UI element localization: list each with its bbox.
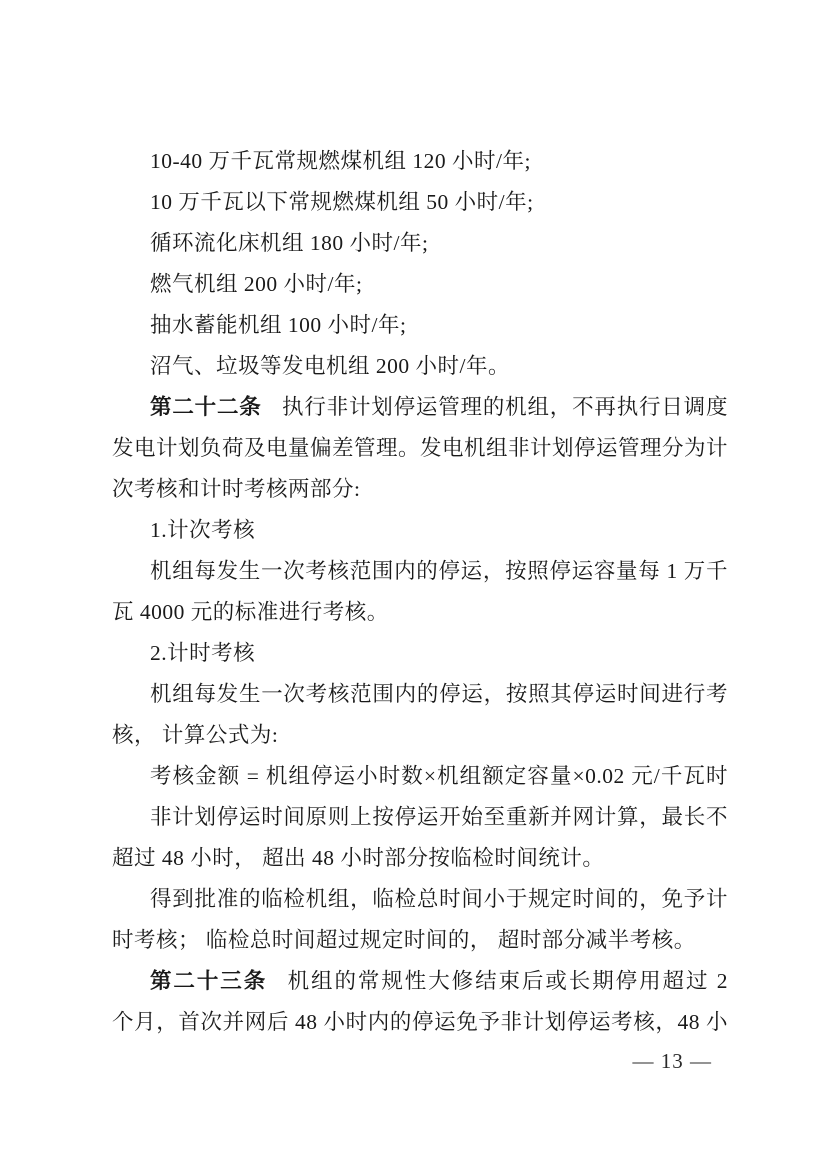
document-page: 10-40 万千瓦常规燃煤机组 120 小时/年; 10 万千瓦以下常规燃煤机组…	[0, 0, 827, 1170]
document-text-block: 10-40 万千瓦常规燃煤机组 120 小时/年; 10 万千瓦以下常规燃煤机组…	[112, 141, 728, 1043]
subitem-1-heading: 1.计次考核	[112, 510, 728, 551]
list-item-line: 沼气、垃圾等发电机组 200 小时/年。	[112, 346, 728, 387]
list-item-line: 循环流化床机组 180 小时/年;	[112, 223, 728, 264]
body-line: 核， 计算公式为:	[112, 715, 728, 756]
body-line: 次考核和计时考核两部分:	[112, 469, 728, 510]
body-line: 个月，首次并网后 48 小时内的停运免予非计划停运考核，48 小	[112, 1002, 728, 1043]
subitem-2-heading: 2.计时考核	[112, 633, 728, 674]
article-23-number: 第二十三条	[150, 969, 267, 993]
list-item-line: 10-40 万千瓦常规燃煤机组 120 小时/年;	[112, 141, 728, 182]
list-item-line: 10 万千瓦以下常规燃煤机组 50 小时/年;	[112, 182, 728, 223]
article-23-heading-line: 第二十三条机组的常规性大修结束后或长期停用超过 2	[112, 961, 728, 1002]
article-22-number: 第二十二条	[150, 395, 262, 419]
article-22-lead-text: 执行非计划停运管理的机组，不再执行日调度	[282, 395, 728, 419]
article-22-heading-line: 第二十二条执行非计划停运管理的机组，不再执行日调度	[112, 387, 728, 428]
body-line: 瓦 4000 元的标准进行考核。	[112, 592, 728, 633]
body-line: 非计划停运时间原则上按停运开始至重新并网计算，最长不	[112, 797, 728, 838]
body-line: 超过 48 小时， 超出 48 小时部分按临检时间统计。	[112, 838, 728, 879]
body-line: 机组每发生一次考核范围内的停运，按照停运容量每 1 万千	[112, 551, 728, 592]
list-item-line: 燃气机组 200 小时/年;	[112, 264, 728, 305]
formula-line: 考核金额 = 机组停运小时数×机组额定容量×0.02 元/千瓦时	[112, 756, 728, 797]
body-line: 时考核； 临检总时间超过规定时间的， 超时部分减半考核。	[112, 920, 728, 961]
page-number: — 13 —	[633, 1046, 713, 1076]
body-line: 机组每发生一次考核范围内的停运，按照其停运时间进行考	[112, 674, 728, 715]
list-item-line: 抽水蓄能机组 100 小时/年;	[112, 305, 728, 346]
article-23-lead-text: 机组的常规性大修结束后或长期停用超过 2	[288, 969, 728, 993]
body-line: 发电计划负荷及电量偏差管理。发电机组非计划停运管理分为计	[112, 428, 728, 469]
body-line: 得到批准的临检机组，临检总时间小于规定时间的，免予计	[112, 879, 728, 920]
